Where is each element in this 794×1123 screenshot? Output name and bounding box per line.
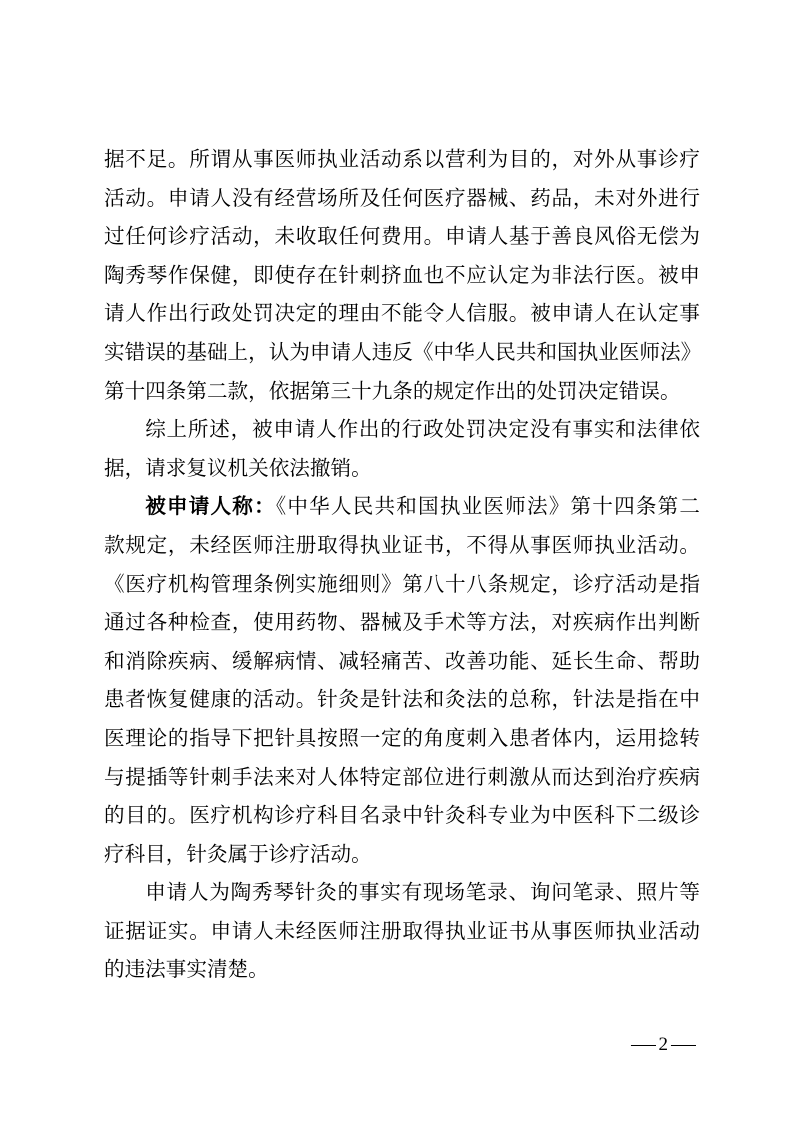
text-line: 医理论的指导下把针具按照一定的角度刺入患者体内，运用捻转 bbox=[104, 720, 700, 759]
text-line: 患者恢复健康的活动。针灸是针法和灸法的总称，针法是指在中 bbox=[104, 681, 700, 720]
paragraph: 据不足。所谓从事医师执业活动系以营利为目的，对外从事诊疗活动。申请人没有经营场所… bbox=[104, 141, 700, 411]
text-line: 和消除疾病、缓解病情、减轻痛苦、改善功能、延长生命、帮助 bbox=[104, 643, 700, 682]
footer-dash-right: — bbox=[671, 1031, 696, 1059]
text-line: 申请人为陶秀琴针灸的事实有现场笔录、询问笔录、照片等 bbox=[104, 874, 700, 913]
text-line: 据，请求复议机关依法撤销。 bbox=[104, 450, 700, 489]
paragraph-lead-label: 被申请人称： bbox=[145, 496, 276, 518]
text-line: 的目的。医疗机构诊疗科目名录中针灸科专业为中医科下二级诊 bbox=[104, 797, 700, 836]
text-line: 过任何诊疗活动，未收取任何费用。申请人基于善良风俗无偿为 bbox=[104, 218, 700, 257]
page-footer: —2— bbox=[628, 1031, 700, 1059]
text-line: 款规定，未经医师注册取得执业证书，不得从事医师执业活动。 bbox=[104, 527, 700, 566]
text-line: 第十四条第二款，依据第三十九条的规定作出的处罚决定错误。 bbox=[104, 373, 700, 412]
document-body: 据不足。所谓从事医师执业活动系以营利为目的，对外从事诊疗活动。申请人没有经营场所… bbox=[104, 141, 700, 990]
text-line: 的违法事实清楚。 bbox=[104, 951, 700, 990]
page-number: 2 bbox=[659, 1034, 669, 1055]
text-line: 活动。申请人没有经营场所及任何医疗器械、药品，未对外进行 bbox=[104, 180, 700, 219]
text-line: 与提插等针刺手法来对人体特定部位进行刺激从而达到治疗疾病 bbox=[104, 759, 700, 798]
document-page: 据不足。所谓从事医师执业活动系以营利为目的，对外从事诊疗活动。申请人没有经营场所… bbox=[0, 0, 794, 1123]
footer-dash-left: — bbox=[631, 1031, 656, 1059]
text-line: 陶秀琴作保健，即使存在针刺挤血也不应认定为非法行医。被申 bbox=[104, 257, 700, 296]
paragraph: 被申请人称：《中华人民共和国执业医师法》第十四条第二款规定，未经医师注册取得执业… bbox=[104, 488, 700, 874]
text-line: 据不足。所谓从事医师执业活动系以营利为目的，对外从事诊疗 bbox=[104, 141, 700, 180]
text-line: 实错误的基础上，认为申请人违反《中华人民共和国执业医师法》 bbox=[104, 334, 700, 373]
text-line: 《医疗机构管理条例实施细则》第八十八条规定，诊疗活动是指 bbox=[104, 566, 700, 605]
text-line: 综上所述，被申请人作出的行政处罚决定没有事实和法律依 bbox=[104, 411, 700, 450]
paragraph: 申请人为陶秀琴针灸的事实有现场笔录、询问笔录、照片等证据证实。申请人未经医师注册… bbox=[104, 874, 700, 990]
text-line: 通过各种检查，使用药物、器械及手术等方法，对疾病作出判断 bbox=[104, 604, 700, 643]
text-line: 证据证实。申请人未经医师注册取得执业证书从事医师执业活动 bbox=[104, 913, 700, 952]
text-line: 疗科目，针灸属于诊疗活动。 bbox=[104, 836, 700, 875]
text-line: 请人作出行政处罚决定的理由不能令人信服。被申请人在认定事 bbox=[104, 295, 700, 334]
text-line: 被申请人称：《中华人民共和国执业医师法》第十四条第二 bbox=[104, 488, 700, 527]
paragraph: 综上所述，被申请人作出的行政处罚决定没有事实和法律依据，请求复议机关依法撤销。 bbox=[104, 411, 700, 488]
